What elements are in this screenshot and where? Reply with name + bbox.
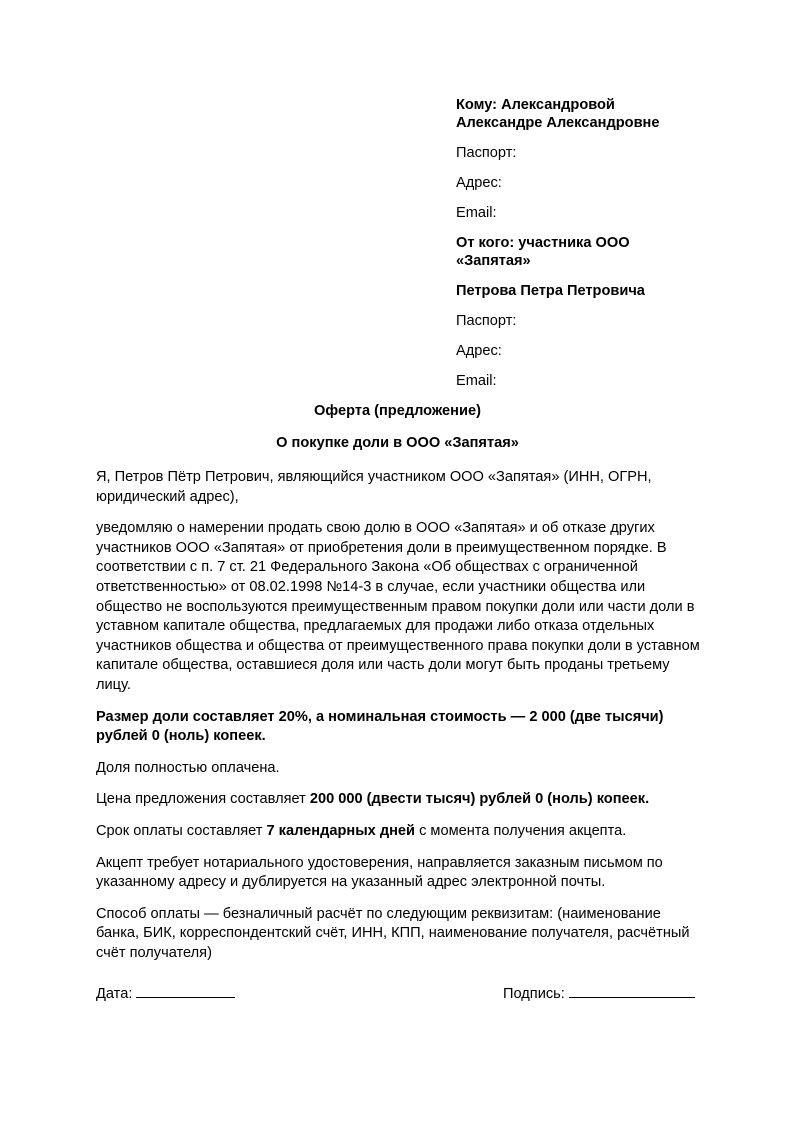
sender-label: От кого: участника ООО «Запятая»: [456, 234, 696, 270]
notice-paragraph: уведомляю о намерении продать свою долю …: [96, 519, 706, 695]
term-value: 7 календарных дней: [267, 823, 416, 839]
acceptance-paragraph: Акцепт требует нотариального удостоверен…: [96, 854, 706, 893]
sender-address: Адрес:: [456, 342, 696, 360]
intro-paragraph: Я, Петров Пётр Петрович, являющийся учас…: [96, 468, 706, 507]
recipient-name: Кому: Александровой Александре Александр…: [456, 96, 696, 132]
term-paragraph: Срок оплаты составляет 7 календарных дне…: [96, 822, 706, 842]
signature-label: Подпись:: [503, 986, 569, 1002]
sender-email: Email:: [456, 372, 696, 390]
paid-paragraph: Доля полностью оплачена.: [96, 759, 706, 779]
term-suffix: с момента получения акцепта.: [415, 823, 626, 839]
recipient-email: Email:: [456, 204, 696, 222]
document-body: Я, Петров Пётр Петрович, являющийся учас…: [96, 468, 706, 975]
date-label: Дата:: [96, 986, 136, 1002]
price-value: 200 000 (двести тысяч) рублей 0 (ноль) к…: [310, 791, 649, 807]
price-prefix: Цена предложения составляет: [96, 791, 310, 807]
share-size-paragraph: Размер доли составляет 20%, а номинальна…: [96, 708, 706, 747]
recipient-address: Адрес:: [456, 174, 696, 192]
payment-paragraph: Способ оплаты — безналичный расчёт по сл…: [96, 905, 706, 964]
signature-blank-line: [569, 983, 695, 998]
recipient-passport: Паспорт:: [456, 144, 696, 162]
sender-name: Петрова Петра Петровича: [456, 282, 696, 300]
term-prefix: Срок оплаты составляет: [96, 823, 267, 839]
date-blank-line: [136, 983, 235, 998]
recipient-block: Кому: Александровой Александре Александр…: [456, 96, 696, 402]
document-title: Оферта (предложение): [0, 402, 795, 420]
document-subtitle: О покупке доли в ООО «Запятая»: [0, 434, 795, 452]
signature-field: Подпись:: [503, 983, 695, 1003]
sender-passport: Паспорт:: [456, 312, 696, 330]
price-paragraph: Цена предложения составляет 200 000 (две…: [96, 790, 706, 810]
date-field: Дата:: [96, 983, 235, 1003]
